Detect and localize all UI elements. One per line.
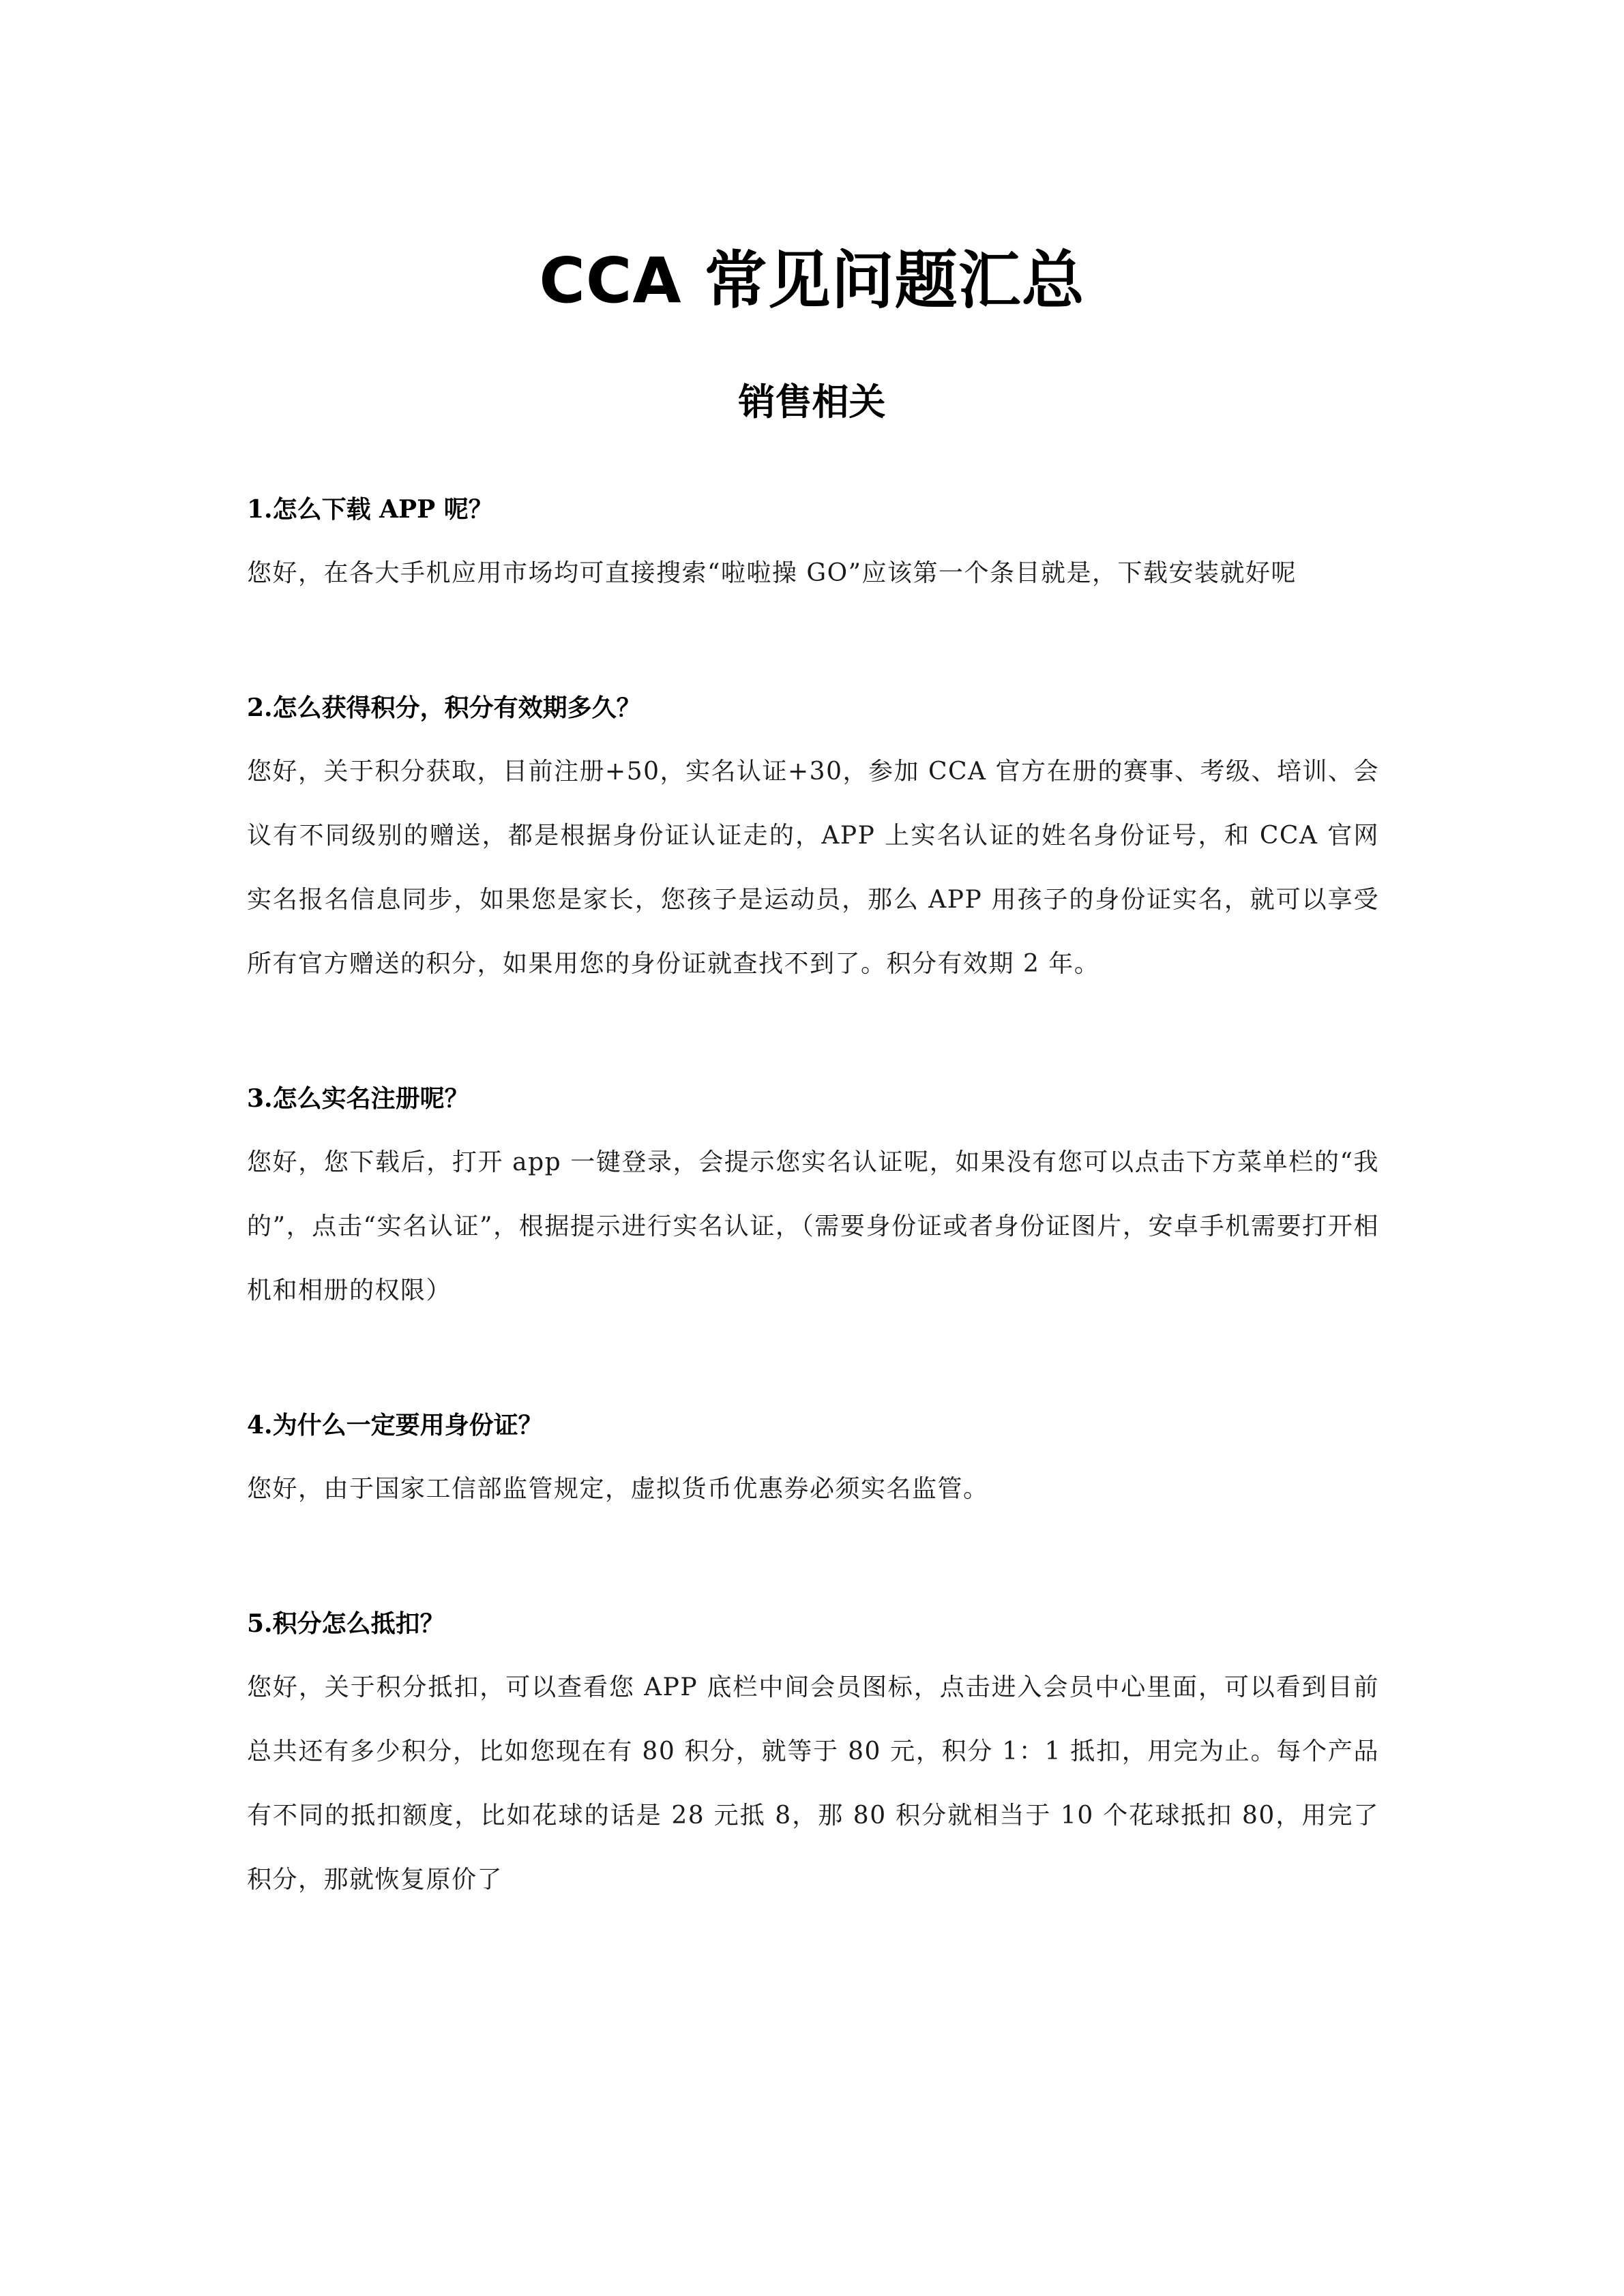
faq-item-5: 5.积分怎么抵扣？ 您好，关于积分抵扣，可以查看您 APP 底栏中间会员图标，点…: [247, 1592, 1379, 1912]
faq-question: 3.怎么实名注册呢？: [247, 1067, 1379, 1131]
document-page: CCA 常见问题汇总 销售相关 1.怎么下载 APP 呢？ 您好，在各大手机应用…: [0, 0, 1624, 2296]
faq-answer: 您好，在各大手机应用市场均可直接搜索“啦啦操 GO”应该第一个条目就是，下载安装…: [247, 541, 1379, 606]
faq-answer: 您好，您下载后，打开 app 一键登录，会提示您实名认证呢，如果没有您可以点击下…: [247, 1131, 1379, 1323]
faq-answer: 您好，关于积分抵扣，可以查看您 APP 底栏中间会员图标，点击进入会员中心里面，…: [247, 1656, 1379, 1912]
section-title: 销售相关: [0, 375, 1624, 430]
document-title: CCA 常见问题汇总: [0, 240, 1624, 322]
faq-item-2: 2.怎么获得积分，积分有效期多久？ 您好，关于积分获取，目前注册+50，实名认证…: [247, 676, 1379, 996]
faq-question: 1.怎么下载 APP 呢？: [247, 477, 1379, 541]
faq-item-4: 4.为什么一定要用身份证？ 您好，由于国家工信部监管规定，虚拟货币优惠券必须实名…: [247, 1393, 1379, 1521]
faq-question: 2.怎么获得积分，积分有效期多久？: [247, 676, 1379, 740]
faq-list: 1.怎么下载 APP 呢？ 您好，在各大手机应用市场均可直接搜索“啦啦操 GO”…: [247, 477, 1379, 1982]
faq-question: 4.为什么一定要用身份证？: [247, 1393, 1379, 1457]
faq-answer: 您好，由于国家工信部监管规定，虚拟货币优惠券必须实名监管。: [247, 1457, 1379, 1521]
faq-answer: 您好，关于积分获取，目前注册+50，实名认证+30，参加 CCA 官方在册的赛事…: [247, 740, 1379, 996]
faq-question: 5.积分怎么抵扣？: [247, 1592, 1379, 1656]
faq-item-3: 3.怎么实名注册呢？ 您好，您下载后，打开 app 一键登录，会提示您实名认证呢…: [247, 1067, 1379, 1323]
faq-item-1: 1.怎么下载 APP 呢？ 您好，在各大手机应用市场均可直接搜索“啦啦操 GO”…: [247, 477, 1379, 606]
